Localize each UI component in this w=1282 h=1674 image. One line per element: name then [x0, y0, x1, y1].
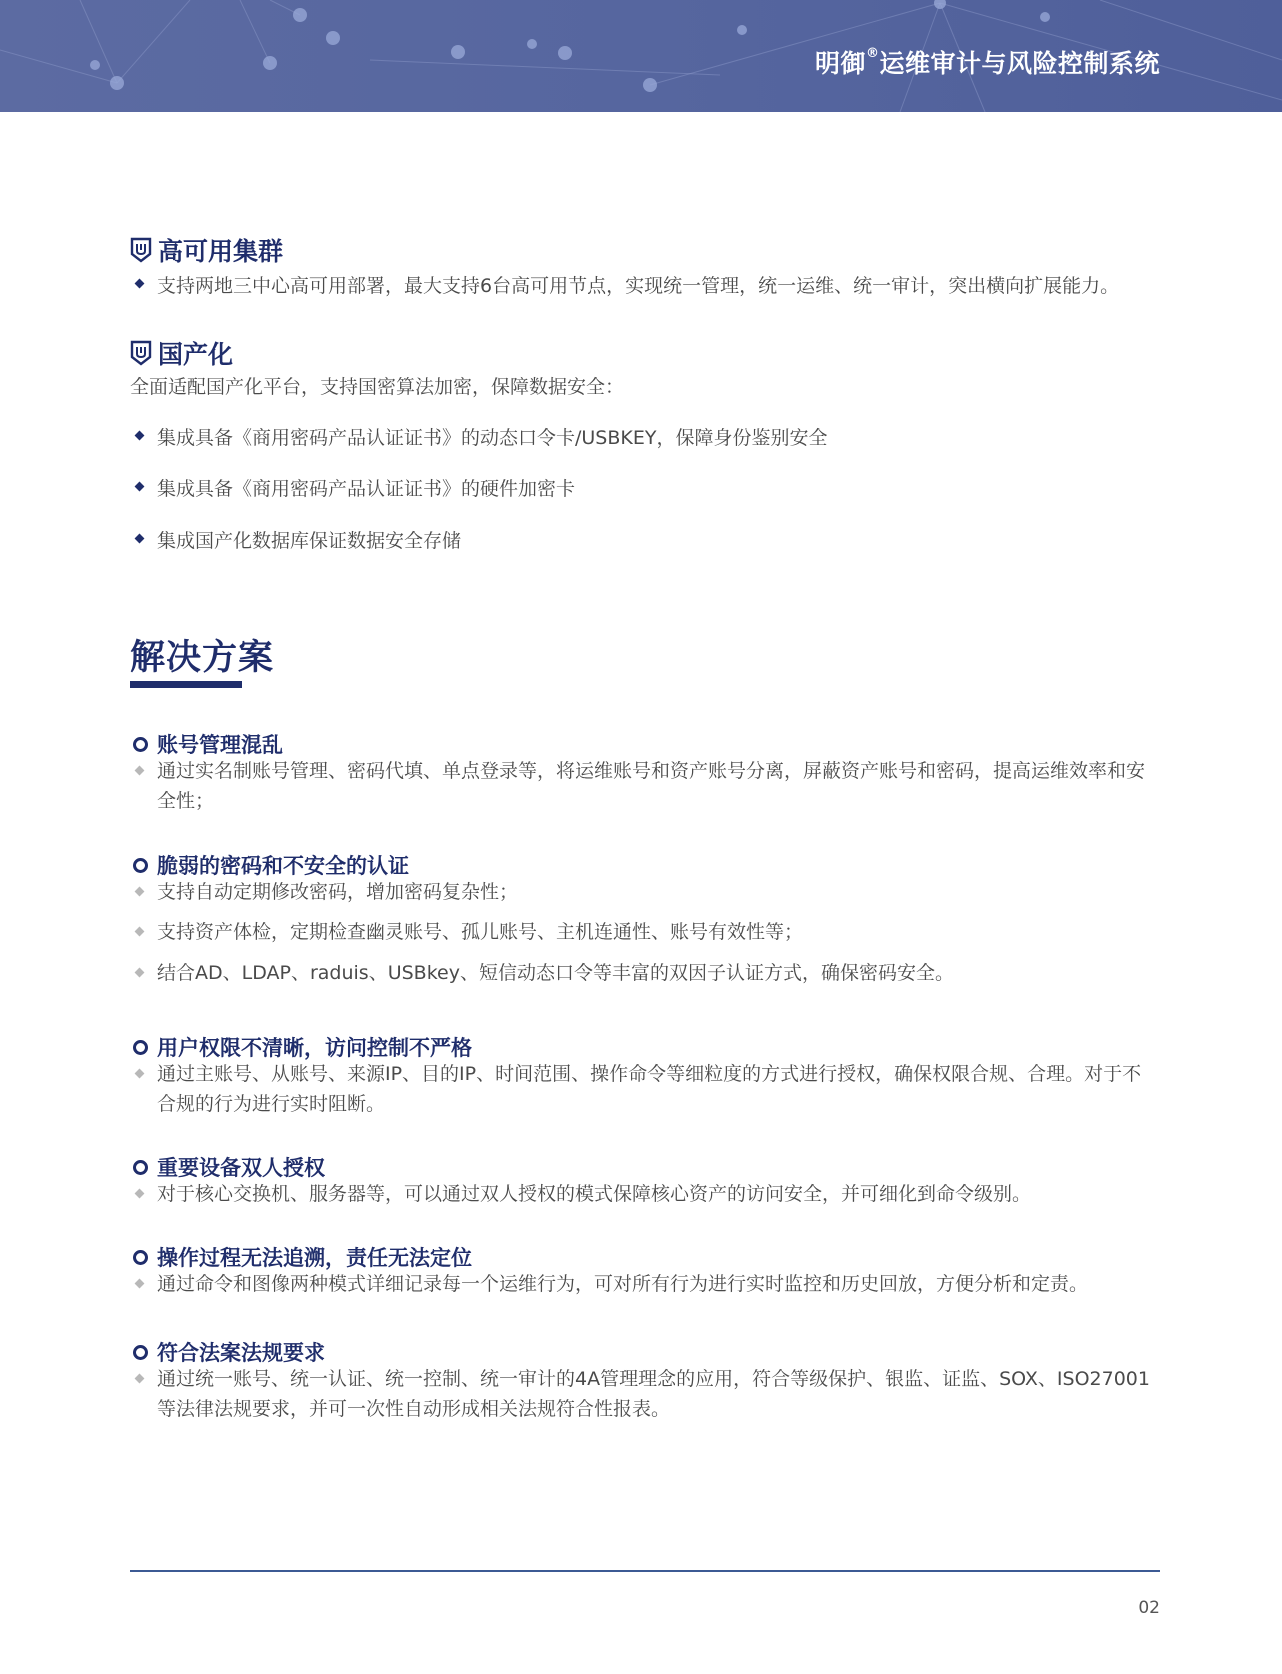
diamond-bullet-icon	[135, 1069, 145, 1079]
ring-bullet-icon	[133, 1345, 148, 1360]
solution-bullet-text: 通过主账号、从账号、来源IP、目的IP、时间范围、操作命令等细粒度的方式进行授权…	[157, 1059, 1157, 1119]
solution-heading: 脆弱的密码和不安全的认证	[133, 850, 409, 880]
feature-heading-localization: 国产化	[130, 335, 233, 371]
product-name: 运维审计与风险控制系统	[879, 49, 1160, 78]
solution-heading: 重要设备双人授权	[133, 1152, 325, 1182]
solution-heading: 账号管理混乱	[133, 729, 283, 759]
ring-bullet-icon	[133, 1160, 148, 1175]
solution-bullet-text: 对于核心交换机、服务器等，可以通过双人授权的模式保障核心资产的访问安全，并可细化…	[157, 1179, 1157, 1209]
shield-icon	[130, 237, 152, 263]
solution-heading: 操作过程无法追溯，责任无法定位	[133, 1242, 472, 1272]
solution-bullet-text: 支持资产体检，定期检查幽灵账号、孤儿账号、主机连通性、账号有效性等；	[157, 917, 1157, 947]
ring-bullet-icon	[133, 858, 148, 873]
section-title-solutions: 解决方案	[130, 630, 274, 680]
feature-title: 国产化	[158, 335, 233, 371]
diamond-bullet-icon	[135, 482, 145, 492]
feature-intro-text: 全面适配国产化平台，支持国密算法加密，保障数据安全：	[130, 372, 624, 399]
diamond-bullet-icon	[135, 1374, 145, 1384]
solution-bullet-text: 通过统一账号、统一认证、统一控制、统一审计的4A管理理念的应用，符合等级保护、银…	[157, 1364, 1157, 1424]
diamond-bullet-icon	[135, 887, 145, 897]
section-title-underline	[130, 681, 242, 688]
solution-heading-text: 账号管理混乱	[157, 729, 283, 759]
feature-title: 高可用集群	[158, 232, 283, 268]
solution-bullet-text: 支持自动定期修改密码，增加密码复杂性；	[157, 877, 1157, 907]
footer-divider	[130, 1570, 1160, 1572]
feature-bullet-text: 支持两地三中心高可用部署，最大支持6台高可用节点，实现统一管理，统一运维、统一审…	[157, 271, 1119, 298]
product-title: 明御®运维审计与风险控制系统	[815, 44, 1160, 80]
diamond-bullet-icon	[135, 534, 145, 544]
solution-heading-text: 重要设备双人授权	[157, 1152, 325, 1182]
product-brand: 明御	[815, 49, 866, 78]
diamond-bullet-icon	[135, 431, 145, 441]
page-number: 02	[1138, 1598, 1160, 1618]
ring-bullet-icon	[133, 1040, 148, 1055]
diamond-bullet-icon	[135, 1279, 145, 1289]
feature-bullet-text: 集成具备《商用密码产品认证证书》的动态口令卡/USBKEY，保障身份鉴别安全	[157, 423, 827, 450]
ring-bullet-icon	[133, 737, 148, 752]
solution-bullet-text: 通过命令和图像两种模式详细记录每一个运维行为，可对所有行为进行实时监控和历史回放…	[157, 1269, 1157, 1299]
header-banner: 明御®运维审计与风险控制系统	[0, 0, 1282, 112]
shield-icon	[130, 340, 152, 366]
solution-heading-text: 符合法案法规要求	[157, 1337, 325, 1367]
diamond-bullet-icon	[135, 279, 145, 289]
diamond-bullet-icon	[135, 968, 145, 978]
solution-bullet-text: 通过实名制账号管理、密码代填、单点登录等，将运维账号和资产账号分离，屏蔽资产账号…	[157, 756, 1157, 816]
feature-bullet-text: 集成国产化数据库保证数据安全存储	[157, 526, 461, 553]
solution-heading: 符合法案法规要求	[133, 1337, 325, 1367]
ring-bullet-icon	[133, 1250, 148, 1265]
solution-heading-text: 用户权限不清晰，访问控制不严格	[157, 1032, 472, 1062]
diamond-bullet-icon	[135, 1189, 145, 1199]
diamond-bullet-icon	[135, 927, 145, 937]
solution-heading-text: 脆弱的密码和不安全的认证	[157, 850, 409, 880]
feature-heading-ha-cluster: 高可用集群	[130, 232, 283, 268]
diamond-bullet-icon	[135, 766, 145, 776]
solution-heading-text: 操作过程无法追溯，责任无法定位	[157, 1242, 472, 1272]
registered-mark: ®	[866, 46, 880, 61]
feature-bullet-text: 集成具备《商用密码产品认证证书》的硬件加密卡	[157, 474, 575, 501]
solution-bullet-text: 结合AD、LDAP、raduis、USBkey、短信动态口令等丰富的双因子认证方…	[157, 958, 1157, 988]
solution-heading: 用户权限不清晰，访问控制不严格	[133, 1032, 472, 1062]
